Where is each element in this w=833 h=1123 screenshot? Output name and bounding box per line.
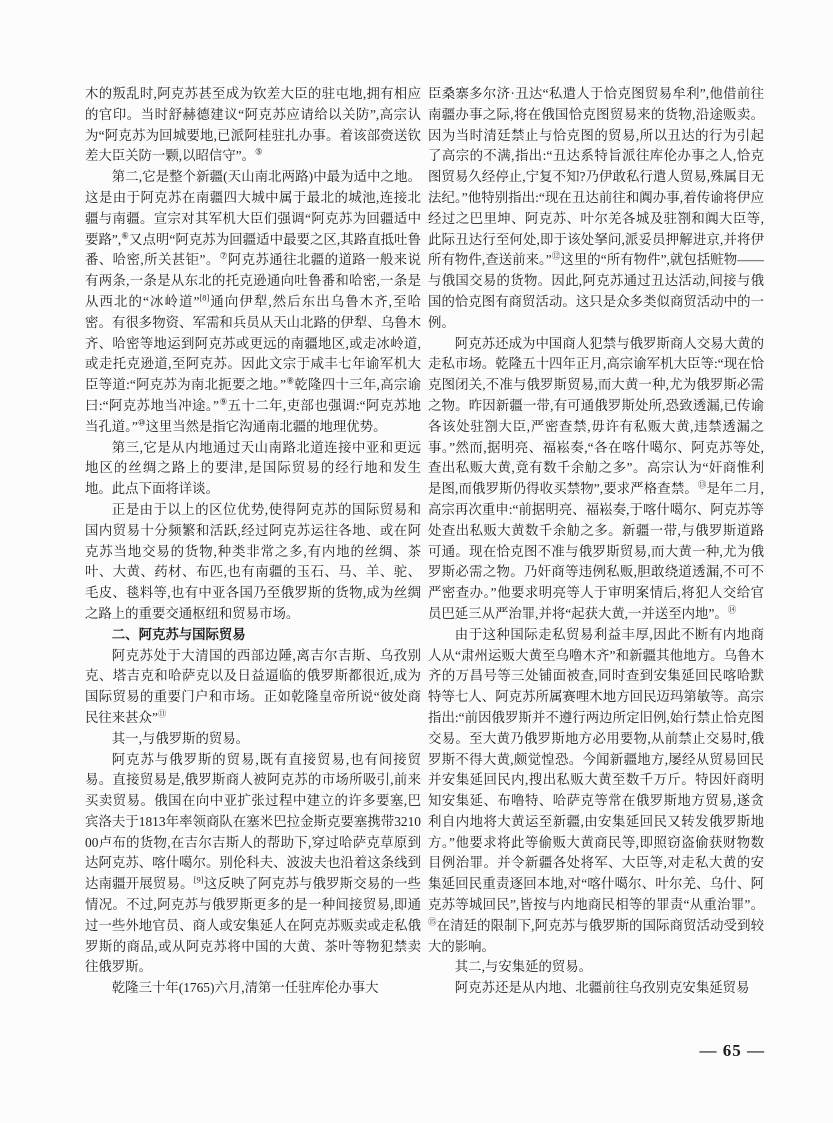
- paragraph: 其一,与俄罗斯的贸易。: [85, 729, 421, 750]
- paragraph: 木的叛乱时,阿克苏甚至成为钦差大臣的驻屯地,拥有相应的官印。当时舒赫德建议“阿克…: [85, 84, 421, 167]
- footnote-marker: ⑧: [286, 376, 294, 386]
- paragraph: 其二,与安集延的贸易。: [428, 957, 764, 978]
- footnote-marker: [9]: [194, 875, 204, 885]
- footnote-marker: ⑫: [552, 251, 561, 261]
- section-heading: 二、阿克苏与国际贸易: [85, 625, 421, 646]
- footnote-marker: ⑤: [255, 147, 263, 157]
- paragraph: 由于这种国际走私贸易利益丰厚,因此不断有内地商人从“肃州运贩大黄至乌噜木齐”和新…: [428, 625, 764, 958]
- paragraph: 乾隆三十年(1765)六月,清第一任驻库伦办事大: [85, 978, 421, 999]
- paragraph: 正是由于以上的区位优势,使得阿克苏的国际贸易和国内贸易十分频繁和活跃,经过阿克苏…: [85, 500, 421, 625]
- paragraph: 阿克苏还是从内地、北疆前往乌孜别克安集延贸易: [428, 978, 764, 999]
- page-number: — 65 —: [700, 1041, 766, 1061]
- footnote-marker: ⑨: [219, 396, 228, 406]
- paragraph: 第二,它是整个新疆(天山南北两路)中最为适中之地。这是由于阿克苏在南疆四大城中属…: [85, 167, 421, 437]
- journal-page: 木的叛乱时,阿克苏甚至成为钦差大臣的驻屯地,拥有相应的官印。当时舒赫德建议“阿克…: [0, 0, 833, 1123]
- footnote-marker: [8]: [199, 293, 209, 303]
- article-body: 木的叛乱时,阿克苏甚至成为钦差大臣的驻屯地,拥有相应的官印。当时舒赫德建议“阿克…: [85, 84, 764, 999]
- paragraph: 阿克苏与俄罗斯的贸易,既有直接贸易,也有间接贸易。直接贸易是,俄罗斯商人被阿克苏…: [85, 750, 421, 979]
- paragraph: 臣桑寨多尔济·丑达“私遣人于恰克图贸易牟利”,他借前往南疆办事之际,将在俄国恰克…: [428, 84, 764, 334]
- footnote-marker: ⑬: [698, 480, 707, 490]
- footnote-marker: ⑥: [121, 230, 129, 240]
- text-column-right: 臣桑寨多尔济·丑达“私遣人于恰克图贸易牟利”,他借前往南疆办事之际,将在俄国恰克…: [428, 84, 764, 999]
- paragraph: 阿克苏还成为中国商人犯禁与俄罗斯商人交易大黄的走私市场。乾隆五十四年正月,高宗谕…: [428, 334, 764, 625]
- footnote-marker: ⑩: [138, 417, 146, 427]
- footnote-marker: ⑭: [728, 604, 737, 614]
- paragraph: 第三,它是从内地通过天山南路北道连接中亚和更远地区的丝绸之路上的要津,是国际贸易…: [85, 438, 421, 500]
- footnote-marker: ⑦: [220, 251, 228, 261]
- text-column-left: 木的叛乱时,阿克苏甚至成为钦差大臣的驻屯地,拥有相应的官印。当时舒赫德建议“阿克…: [85, 84, 421, 999]
- footnote-marker: ⑪: [158, 708, 167, 718]
- paragraph: 阿克苏处于大清国的西部边陲,离吉尔吉斯、乌孜别克、塔吉克和哈萨克以及日益逼临的俄…: [85, 646, 421, 729]
- footnote-marker: ⑮: [428, 916, 437, 926]
